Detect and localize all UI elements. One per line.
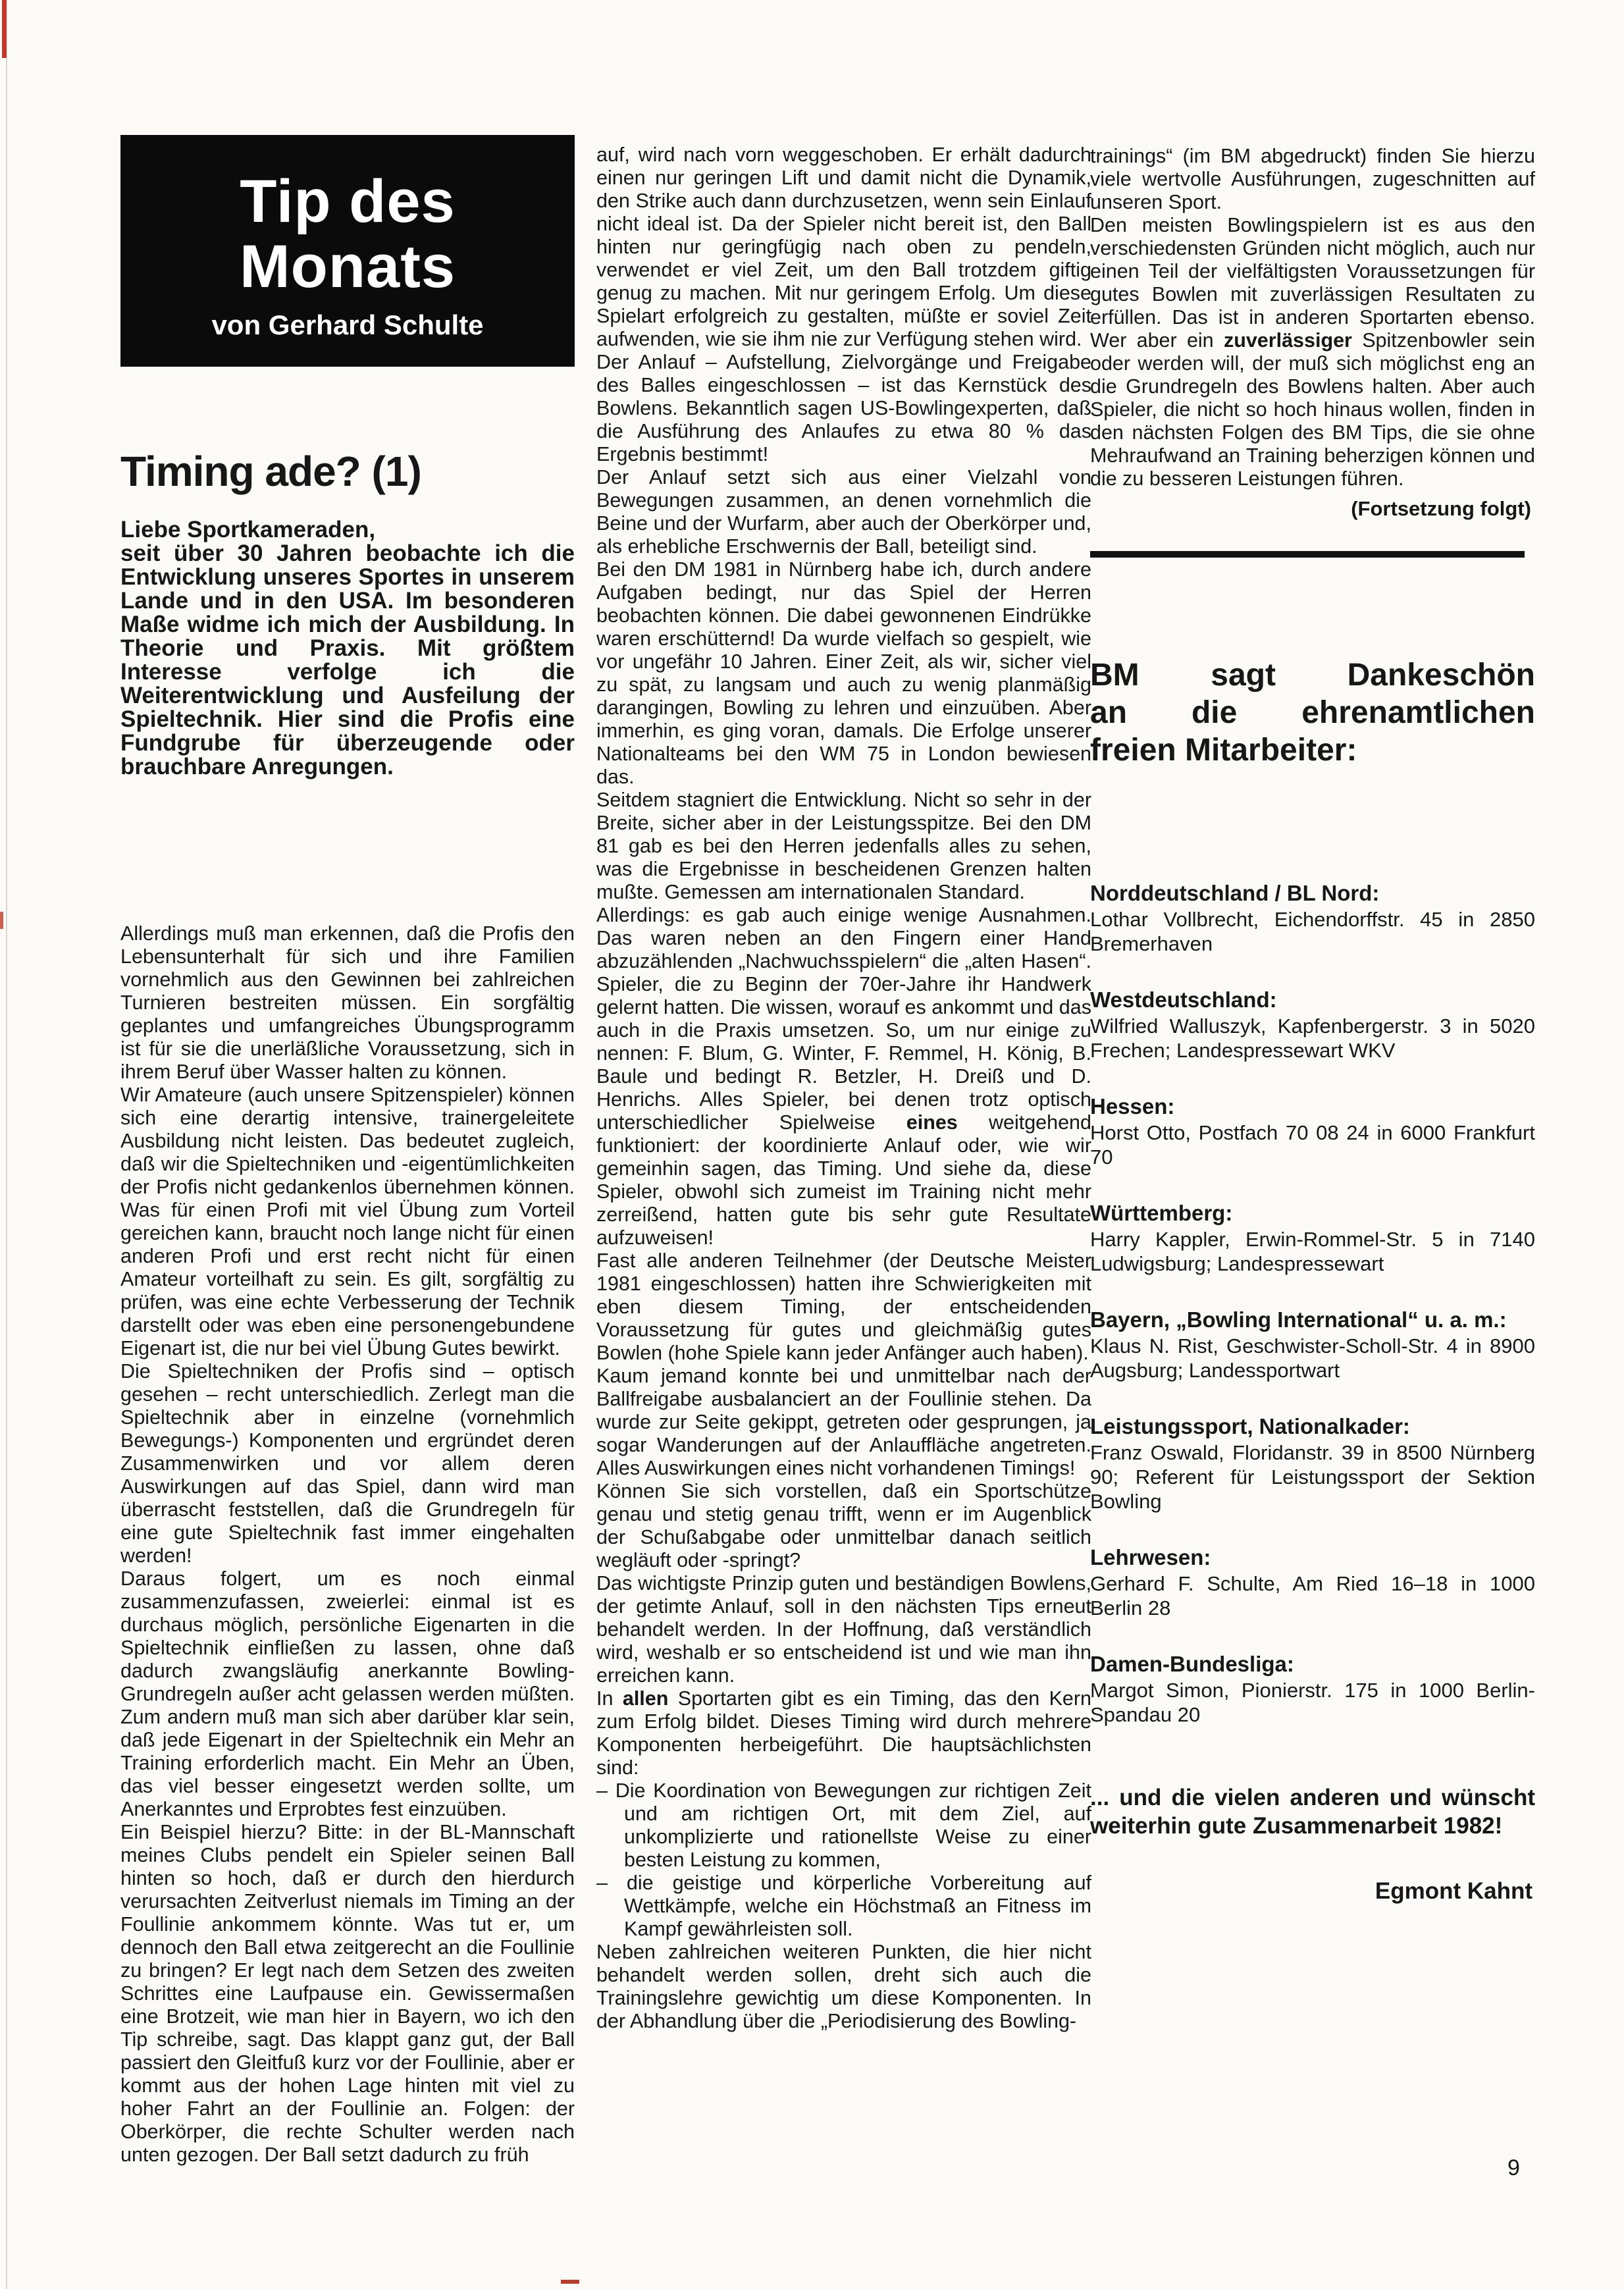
paragraph-text: Sportarten gibt es ein Timing, das den K… [596,1687,1091,1779]
intro-salutation: Liebe Sportkameraden, [120,518,575,542]
thanks-heading: BM sagt Dankeschön an die ehrenamtlichen… [1090,656,1535,769]
column-right-body: trainings“ (im BM abgedruckt) finden Sie… [1090,145,1535,490]
paragraph: Wir Amateure (auch unsere Spitzenspieler… [120,1084,575,1360]
closing-statement: ... und die vielen anderen und wünscht w… [1090,1783,1535,1840]
contributor-entry: Lehrwesen: Gerhard F. Schulte, Am Ried 1… [1090,1544,1535,1620]
thanks-heading-line2: an die ehrenamtlichen [1090,694,1535,731]
article-title: Timing ade? (1) [120,447,575,496]
region-label: Hessen: [1090,1093,1535,1120]
contributor-entry: Damen-Bundesliga: Margot Simon, Pioniers… [1090,1650,1535,1727]
red-registration-mark-bottom [561,2280,579,2284]
thanks-heading-line3: freien Mitarbeiter: [1090,731,1535,769]
contact-address: Klaus N. Rist, Geschwister-Scholl-Str. 4… [1090,1334,1535,1382]
contact-address: Gerhard F. Schulte, Am Ried 16–18 in 100… [1090,1571,1535,1620]
contributor-entry: Hessen: Horst Otto, Postfach 70 08 24 in… [1090,1093,1535,1169]
contributor-list: Norddeutschland / BL Nord: Lothar Vollbr… [1090,880,1535,1727]
paragraph: Neben zahlreichen weiteren Punkten, die … [596,1941,1091,2033]
paragraph: Kaum jemand konnte bei und unmittelbar n… [596,1365,1091,1480]
paragraph: Daraus folgert, um es noch einmal zusamm… [120,1567,575,1821]
column-right: trainings“ (im BM abgedruckt) finden Sie… [1090,145,1535,1905]
emphasized-word: allen [623,1687,669,1710]
paragraph: Können Sie sich vorstellen, daß ein Spor… [596,1480,1091,1572]
paragraph: Seitdem stagniert die Entwicklung. Nicht… [596,789,1091,904]
contributor-entry: Württemberg: Harry Kappler, Erwin-Rommel… [1090,1199,1535,1276]
tip-des-monats-box: Tip des Monats von Gerhard Schulte [120,135,575,367]
contact-address: Harry Kappler, Erwin-Rommel-Str. 5 in 71… [1090,1227,1535,1276]
red-registration-mark-top [2,0,7,58]
contact-address: Wilfried Walluszyk, Kapfenbergerstr. 3 i… [1090,1014,1535,1063]
paragraph-text: Allerdings: es gab auch einige wenige Au… [596,904,1091,1134]
paragraph: trainings“ (im BM abgedruckt) finden Sie… [1090,145,1535,214]
paragraph: Fast alle anderen Teilnehmer (der Deutsc… [596,1250,1091,1365]
region-label: Lehrwesen: [1090,1544,1535,1571]
paragraph: auf, wird nach vorn weggeschoben. Er erh… [596,144,1091,351]
contact-address: Franz Oswald, Floridanstr. 39 in 8500 Nü… [1090,1440,1535,1513]
region-label: Württemberg: [1090,1199,1535,1227]
paragraph: Bei den DM 1981 in Nürnberg habe ich, du… [596,558,1091,789]
paragraph: Ein Beispiel hierzu? Bitte: in der BL-Ma… [120,1821,575,2167]
paragraph: Der Anlauf – Aufstellung, Zielvorgänge u… [596,351,1091,466]
intro-text: seit über 30 Jahren beobachte ich die En… [120,542,575,779]
scan-edge-line [6,0,7,2289]
emphasized-word: zuverlässiger [1224,329,1352,352]
column-left: Tip des Monats von Gerhard Schulte Timin… [120,135,575,2167]
paragraph-text: In [596,1687,623,1710]
column-middle: auf, wird nach vorn weggeschoben. Er erh… [596,144,1091,2033]
tip-box-title-line2: Monats [120,234,575,300]
column-left-body: Allerdings muß man erkennen, daß die Pro… [120,922,575,2167]
contributor-entry: Norddeutschland / BL Nord: Lothar Vollbr… [1090,880,1535,956]
region-label: Leistungssport, Nationalkader: [1090,1413,1535,1440]
paragraph: Den meisten Bowlingspielern ist es aus d… [1090,214,1535,490]
tip-box-title-line1: Tip des [120,135,575,234]
paragraph: Der Anlauf setzt sich aus einer Vielzahl… [596,466,1091,558]
emphasized-word: eines [906,1111,958,1134]
paragraph: Die Spieltechniken der Profis sind – opt… [120,1360,575,1567]
contact-address: Margot Simon, Pionierstr. 175 in 1000 Be… [1090,1678,1535,1727]
contributor-entry: Westdeutschland: Wilfried Walluszyk, Kap… [1090,986,1535,1063]
paragraph-text: Spitzenbowler sein oder werden will, der… [1090,329,1535,490]
tip-box-byline: von Gerhard Schulte [120,309,575,341]
page-number: 9 [1507,2155,1520,2181]
list-item: – Die Koordination von Bewegungen zur ri… [596,1779,1091,1872]
article-intro: Liebe Sportkameraden, seit über 30 Jahre… [120,518,575,779]
region-label: Damen-Bundesliga: [1090,1650,1535,1678]
red-registration-mark-left [0,912,3,929]
paragraph: In allen Sportarten gibt es ein Timing, … [596,1687,1091,1779]
contributor-entry: Leistungssport, Nationalkader: Franz Osw… [1090,1413,1535,1513]
list-item: – die geistige und körperliche Vorbereit… [596,1872,1091,1941]
region-label: Westdeutschland: [1090,986,1535,1014]
signature: Egmont Kahnt [1090,1878,1535,1905]
thanks-heading-line1: BM sagt Dankeschön [1090,656,1535,694]
paragraph: Allerdings muß man erkennen, daß die Pro… [120,922,575,1084]
contact-address: Horst Otto, Postfach 70 08 24 in 6000 Fr… [1090,1120,1535,1169]
contributor-entry: Bayern, „Bowling International“ u. a. m.… [1090,1306,1535,1382]
section-divider-rule [1090,551,1525,558]
contact-address: Lothar Vollbrecht, Eichendorffstr. 45 in… [1090,907,1535,956]
paragraph: Das wichtigste Prinzip guten und beständ… [596,1572,1091,1687]
magazine-page: Tip des Monats von Gerhard Schulte Timin… [0,0,1624,2289]
region-label: Bayern, „Bowling International“ u. a. m.… [1090,1306,1535,1334]
region-label: Norddeutschland / BL Nord: [1090,880,1535,907]
continuation-note: (Fortsetzung folgt) [1090,497,1535,521]
paragraph: Allerdings: es gab auch einige wenige Au… [596,904,1091,1250]
